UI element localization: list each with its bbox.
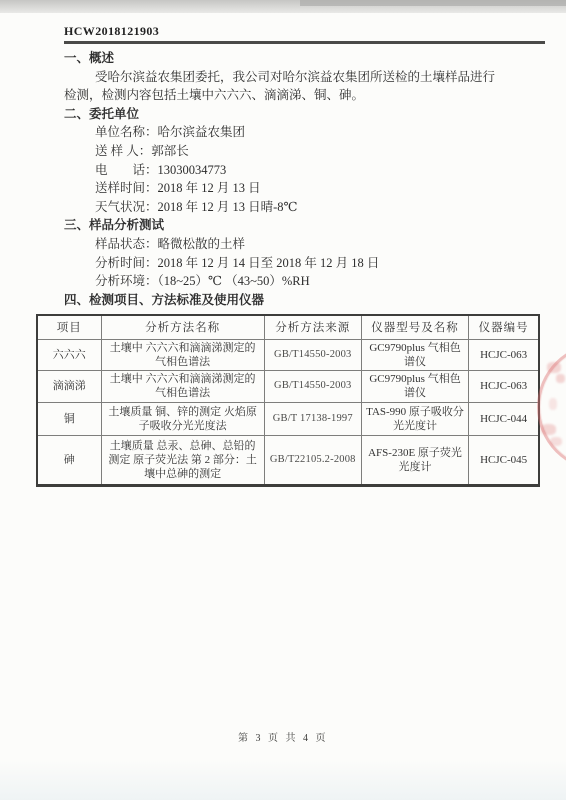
table-cell-code: HCJC-063 (469, 370, 539, 402)
table-cell-method: 土壤中 六六六和滴滴涕测定的气相色谱法 (101, 339, 264, 370)
table-row: 滴滴涕 土壤中 六六六和滴滴涕测定的气相色谱法 GB/T14550-2003 G… (37, 370, 539, 402)
client-field-sample-sender: 送 样 人：郭部长 (64, 142, 545, 161)
methods-table: 项目 分析方法名称 分析方法来源 仪器型号及名称 仪器编号 六六六 土壤中 六六… (36, 314, 540, 487)
scanned-report-page: HCW2018121903 一、概述 受哈尔滨益农集团委托，我公司对哈尔滨益农集… (0, 0, 566, 800)
table-cell-method: 土壤质量 总汞、总砷、总铅的测定 原子荧光法 第 2 部分：土壤中总砷的测定 (101, 435, 264, 485)
table-cell-source: GB/T14550-2003 (264, 370, 361, 402)
table-cell-instrument: GC9790plus 气相色谱仪 (361, 339, 468, 370)
table-cell-source: GB/T 17138-1997 (264, 402, 361, 435)
table-cell-code: HCJC-063 (469, 339, 539, 370)
table-header-instrument-code: 仪器编号 (469, 315, 539, 339)
table-row: 铜 土壤质量 铜、锌的测定 火焰原子吸收分光光度法 GB/T 17138-199… (37, 402, 539, 435)
analysis-field-sample-state: 样品状态：略微松散的土样 (64, 235, 545, 254)
client-field-unit-name: 单位名称：哈尔滨益农集团 (64, 123, 545, 142)
analysis-field-environment: 分析环境：（18~25）℃ （43~50）%RH (64, 272, 545, 291)
red-seal-text-fragment (556, 374, 565, 383)
scan-artifact-top-shadow (300, 0, 566, 6)
table-header-row: 项目 分析方法名称 分析方法来源 仪器型号及名称 仪器编号 (37, 315, 539, 339)
table-cell-method: 土壤质量 铜、锌的测定 火焰原子吸收分光光度法 (101, 402, 264, 435)
overview-paragraph-line-1: 受哈尔滨益农集团委托，我公司对哈尔滨益农集团所送检的土壤样品进行 (64, 68, 545, 87)
header-divider-rule (64, 41, 545, 44)
red-seal-text-fragment (541, 424, 556, 435)
analysis-field-analysis-period: 分析时间：2018 年 12 月 14 日至 2018 年 12 月 18 日 (64, 254, 545, 273)
table-cell-instrument: TAS-990 原子吸收分光光度计 (361, 402, 468, 435)
client-field-weather: 天气状况：2018 年 12 月 13 日晴-8℃ (64, 198, 545, 217)
scan-artifact-bottom-band (0, 760, 566, 800)
table-header-instrument: 仪器型号及名称 (361, 315, 468, 339)
table-cell-code: HCJC-044 (469, 402, 539, 435)
table-cell-item: 滴滴涕 (37, 370, 101, 402)
red-seal-text-fragment (550, 437, 562, 446)
table-cell-item: 铜 (37, 402, 101, 435)
table-cell-source: GB/T14550-2003 (264, 339, 361, 370)
page-number: 第 3 页 共 4 页 (0, 729, 566, 744)
table-header-item: 项目 (37, 315, 101, 339)
table-cell-instrument: AFS-230E 原子荧光光度计 (361, 435, 468, 485)
section-1-heading: 一、概述 (64, 49, 545, 68)
client-field-phone: 电 话：13030034773 (64, 161, 545, 180)
section-4-heading: 四、检测项目、方法标准及使用仪器 (64, 291, 545, 310)
table-cell-item: 砷 (37, 435, 101, 485)
red-seal-text-fragment (549, 398, 557, 410)
red-seal-text-fragment (547, 362, 561, 373)
section-2-heading: 二、委托单位 (64, 105, 545, 124)
table-cell-source: GB/T22105.2-2008 (264, 435, 361, 485)
document-content: HCW2018121903 一、概述 受哈尔滨益农集团委托，我公司对哈尔滨益农集… (64, 24, 545, 487)
report-code: HCW2018121903 (64, 24, 545, 39)
section-3-heading: 三、样品分析测试 (64, 216, 545, 235)
table-header-method-name: 分析方法名称 (101, 315, 264, 339)
client-field-delivery-date: 送样时间：2018 年 12 月 13 日 (64, 179, 545, 198)
table-cell-method: 土壤中 六六六和滴滴涕测定的气相色谱法 (101, 370, 264, 402)
overview-paragraph-line-2: 检测，检测内容包括土壤中六六六、滴滴涕、铜、砷。 (64, 86, 545, 105)
table-header-method-source: 分析方法来源 (264, 315, 361, 339)
table-cell-code: HCJC-045 (469, 435, 539, 485)
table-row: 砷 土壤质量 总汞、总砷、总铅的测定 原子荧光法 第 2 部分：土壤中总砷的测定… (37, 435, 539, 485)
table-row: 六六六 土壤中 六六六和滴滴涕测定的气相色谱法 GB/T14550-2003 G… (37, 339, 539, 370)
table-cell-item: 六六六 (37, 339, 101, 370)
table-cell-instrument: GC9790plus 气相色谱仪 (361, 370, 468, 402)
